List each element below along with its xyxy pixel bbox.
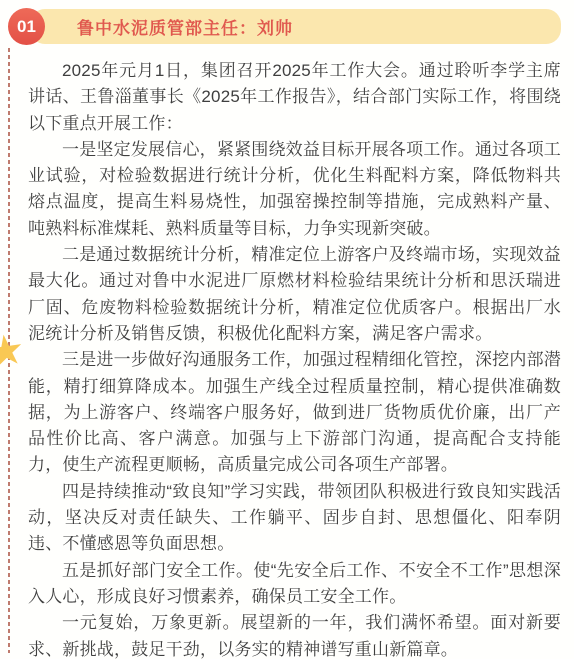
paragraph-point-5: 五是抓好部门安全工作。使“先安全后工作、不安全不工作”思想深入人心，形成良好习惯…	[28, 558, 561, 611]
section-title-bar: 鲁中水泥质管部主任：刘帅	[30, 9, 561, 44]
section-title: 鲁中水泥质管部主任：刘帅	[77, 14, 293, 39]
section-number-badge: 01	[8, 8, 45, 45]
paragraph-point-2: 二是通过数据统计分析，精准定位上游客户及终端市场，实现效益最大化。通过对鲁中水泥…	[28, 242, 561, 347]
paragraph-closing: 一元复始，万象更新。展望新的一年，我们满怀希望。面对新要求、新挑战，鼓足干劲，以…	[28, 610, 561, 659]
paragraph-intro: 2025年元月1日，集团召开2025年工作大会。通过聆听李学主席讲话、王鲁淄董事…	[28, 58, 561, 137]
paragraph-point-4: 四是持续推动“致良知”学习实践，带领团队积极进行致良知实践活动，坚决反对责任缺失…	[28, 479, 561, 558]
paragraph-point-1: 一是坚定发展信心，紧紧围绕效益目标开展各项工作。通过各项工业试验，对检验数据进行…	[28, 137, 561, 242]
article-body: 2025年元月1日，集团召开2025年工作大会。通过聆听李学主席讲话、王鲁淄董事…	[0, 45, 574, 659]
paragraph-point-3: 三是进一步做好沟通服务工作，加强过程精细化管控，深挖内部潜能，精打细算降成本。加…	[28, 347, 561, 478]
article-page: 01 鲁中水泥质管部主任：刘帅 ★ 2025年元月1日，集团召开2025年工作大…	[0, 0, 574, 659]
section-header: 01 鲁中水泥质管部主任：刘帅	[8, 8, 561, 45]
